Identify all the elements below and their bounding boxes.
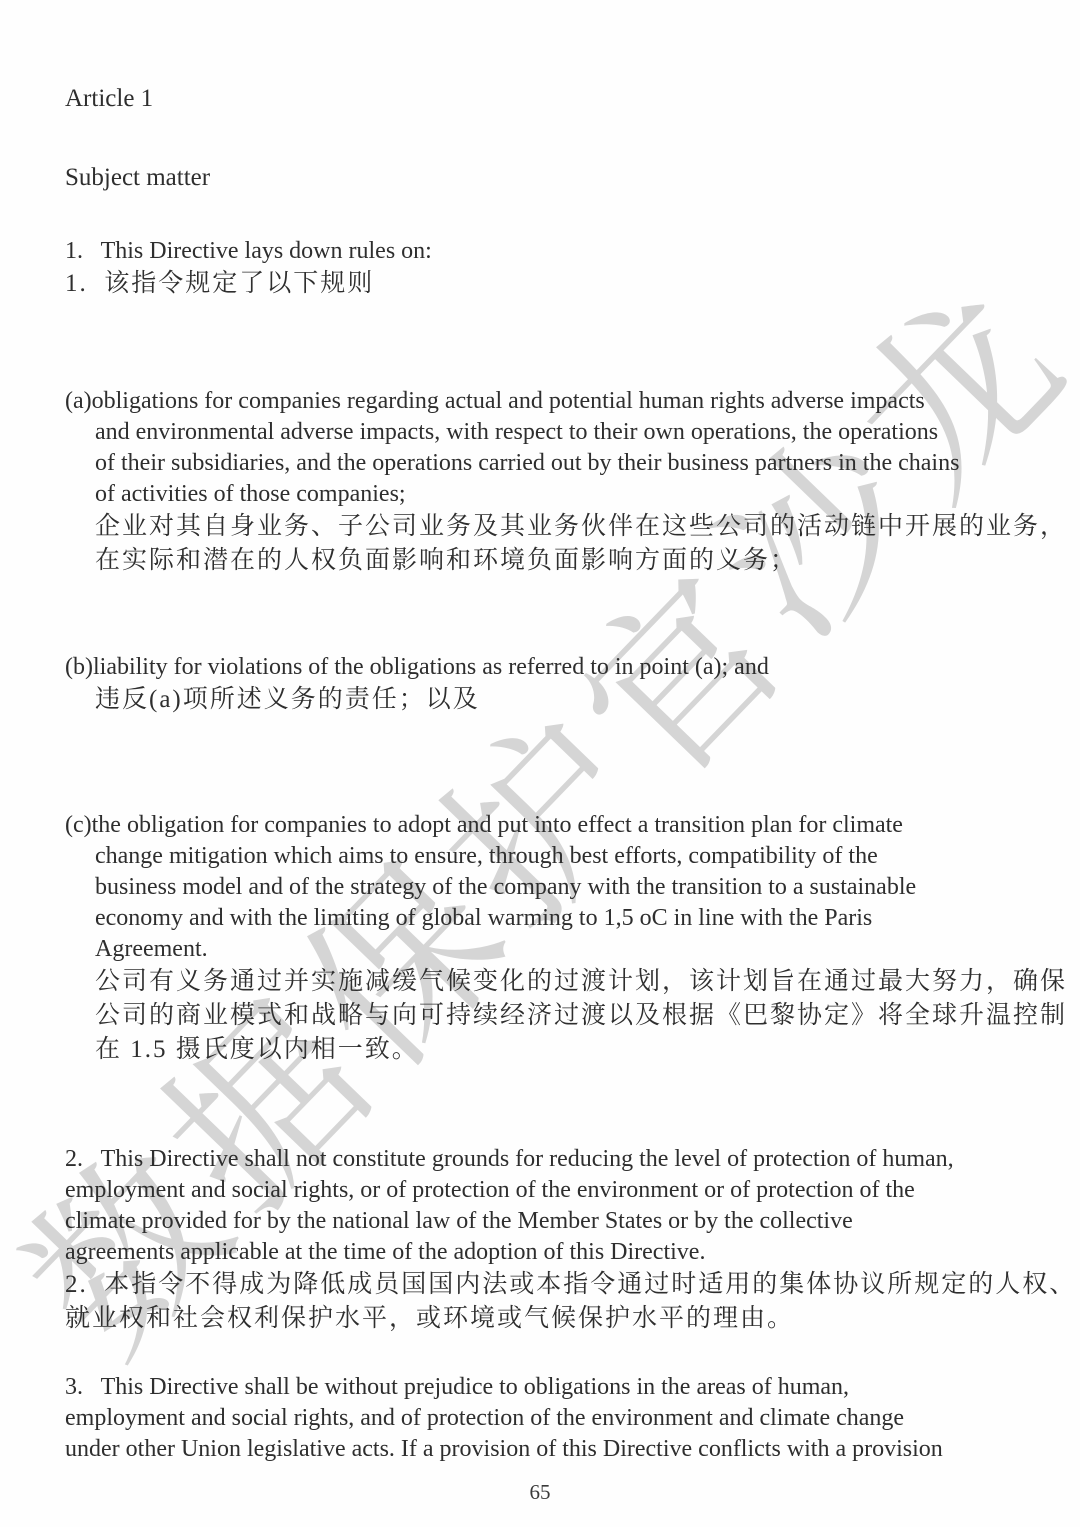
paragraph-1-chinese: 1. 该指令规定了以下规则 (65, 267, 1040, 301)
paragraph-2-english-line: climate provided for by the national law… (65, 1206, 1040, 1237)
point-c-english-line: Agreement. (95, 934, 1040, 965)
page-number: 65 (0, 1480, 1080, 1505)
paragraph-3-english-line: under other Union legislative acts. If a… (65, 1434, 1040, 1465)
point-c-english-line: economy and with the limiting of global … (95, 903, 1040, 934)
point-a-english-line: of activities of those companies; (95, 479, 1040, 510)
point-a-english-line: of their subsidiaries, and the operation… (95, 448, 1040, 479)
article-heading: Article 1 (65, 84, 1040, 114)
point-c-english-line: business model and of the strategy of th… (95, 872, 1040, 903)
point-a-chinese-line: 企业对其自身业务、子公司业务及其业务伙伴在这些公司的活动链中开展的业务， (95, 510, 1040, 544)
paragraph-1: 1. This Directive lays down rules on: 1.… (65, 236, 1040, 301)
point-c-chinese-line: 在 1.5 摄氏度以内相一致。 (95, 1033, 1040, 1067)
point-c-chinese-line: 公司有义务通过并实施减缓气候变化的过渡计划，该计划旨在通过最大努力，确保 (95, 965, 1040, 999)
paragraph-2-chinese-line: 2. 本指令不得成为降低成员国国内法或本指令通过时适用的集体协议所规定的人权、 (65, 1268, 1040, 1302)
paragraph-2-english-line: 2. This Directive shall not constitute g… (65, 1144, 1040, 1175)
paragraph-2: 2. This Directive shall not constitute g… (65, 1144, 1040, 1336)
point-a-english-line: (a)obligations for companies regarding a… (65, 386, 1040, 417)
paragraph-1-english: 1. This Directive lays down rules on: (65, 236, 1040, 267)
paragraph-2-chinese-line: 就业权和社会权利保护水平，或环境或气候保护水平的理由。 (65, 1302, 1040, 1336)
paragraph-3: 3. This Directive shall be without preju… (65, 1372, 1040, 1465)
point-c-english-line: change mitigation which aims to ensure, … (95, 841, 1040, 872)
point-c-chinese-line: 公司的商业模式和战略与向可持续经济过渡以及根据《巴黎协定》将全球升温控制 (95, 999, 1040, 1033)
paragraph-2-english-line: agreements applicable at the time of the… (65, 1237, 1040, 1268)
point-b-paragraph: (b)liability for violations of the oblig… (65, 652, 1040, 717)
point-b-english-line: (b)liability for violations of the oblig… (65, 652, 1040, 683)
point-c-paragraph: (c)the obligation for companies to adopt… (65, 810, 1040, 1067)
document-page: 数据保护官沙龙 Article 1 Subject matter 1. This… (0, 0, 1080, 1527)
point-a-english-line: and environmental adverse impacts, with … (95, 417, 1040, 448)
page-content: Article 1 Subject matter 1. This Directi… (0, 0, 1080, 1527)
paragraph-2-english-line: employment and social rights, or of prot… (65, 1175, 1040, 1206)
paragraph-3-english-line: 3. This Directive shall be without preju… (65, 1372, 1040, 1403)
point-c-english-line: (c)the obligation for companies to adopt… (65, 810, 1040, 841)
point-a-paragraph: (a)obligations for companies regarding a… (65, 386, 1040, 578)
point-b-chinese-line: 违反(a)项所述义务的责任；以及 (95, 683, 1040, 717)
point-a-chinese-line: 在实际和潜在的人权负面影响和环境负面影响方面的义务； (95, 544, 1040, 578)
subject-matter-heading: Subject matter (65, 163, 1040, 193)
paragraph-3-english-line: employment and social rights, and of pro… (65, 1403, 1040, 1434)
